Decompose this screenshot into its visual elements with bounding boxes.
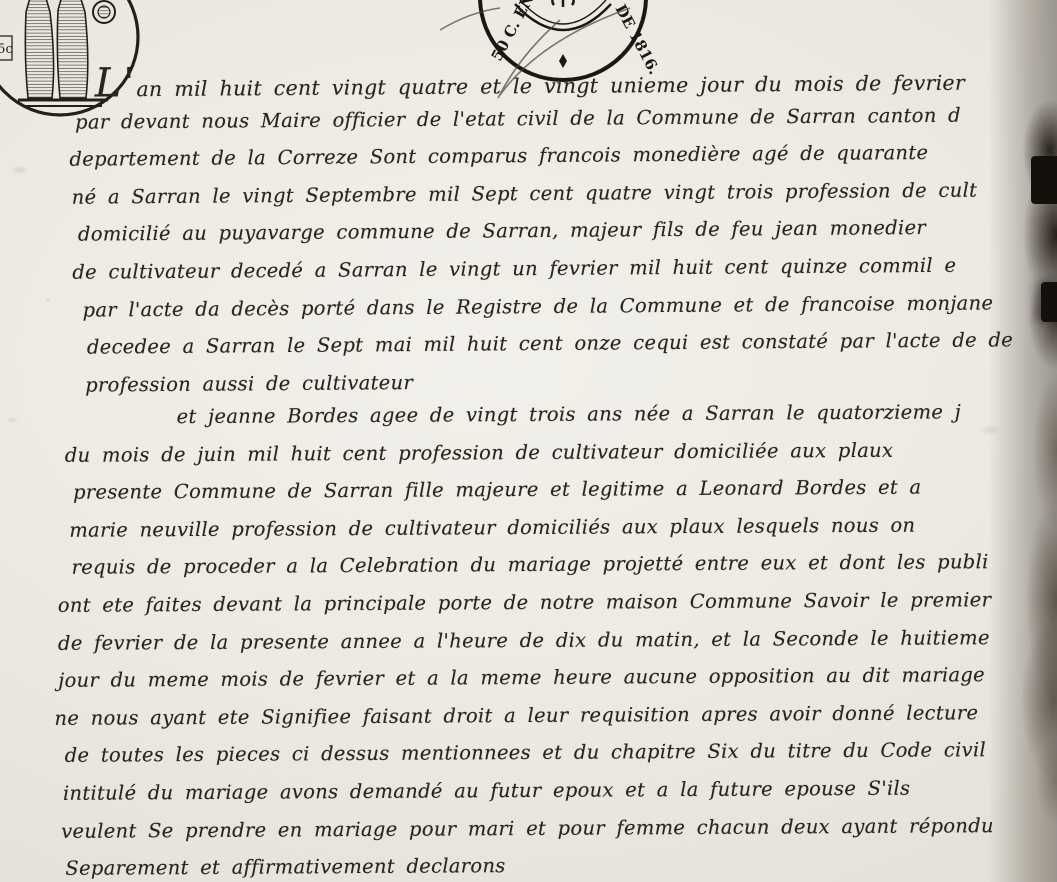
manuscript-line: ne nous ayant ete Signifiee faisant droi… xyxy=(54,694,993,737)
manuscript-line: veulent Se prendre en mariage pour mari … xyxy=(61,807,994,850)
right-edge-black-tab xyxy=(1041,282,1057,322)
manuscript-line: de fevrier de la presente annee a l'heur… xyxy=(58,619,993,662)
manuscript-line: de toutes les pieces ci dessus mentionne… xyxy=(65,731,994,774)
manuscript-line: ont ete faites devant la principale port… xyxy=(58,581,993,624)
manuscript-line: et jeanne Bordes agee de vingt trois ans… xyxy=(57,393,992,436)
manuscript-line: presente Commune de Sarran fille majeure… xyxy=(73,468,992,511)
paragraph-bride-and-ceremony: et jeanne Bordes agee de vingt trois ans… xyxy=(57,393,995,882)
manuscript-line: Separement et affirmativement declarons xyxy=(65,844,994,882)
manuscript-line: requis de proceder a la Celebration du m… xyxy=(71,544,992,587)
scanned-manuscript-page: 75c 50 C. EN DE 1816. L'an m xyxy=(0,0,1057,882)
paragraph-groom: L'an mil huit cent vingt quatre et le vi… xyxy=(71,58,1014,404)
manuscript-line: decedee a Sarran le Sept mai mil huit ce… xyxy=(87,321,1013,366)
manuscript-line: du mois de juin mil huit cent profession… xyxy=(65,431,992,474)
manuscript-line: intitulé du mariage avons demandé au fut… xyxy=(63,769,994,812)
right-edge-black-tab xyxy=(1031,156,1057,204)
manuscript-text: L'an mil huit cent vingt quatre et le vi… xyxy=(0,0,1057,882)
manuscript-line: jour du meme mois de fevrier et a la mem… xyxy=(58,656,993,699)
manuscript-line: marie neuville profession de cultivateur… xyxy=(69,506,992,549)
